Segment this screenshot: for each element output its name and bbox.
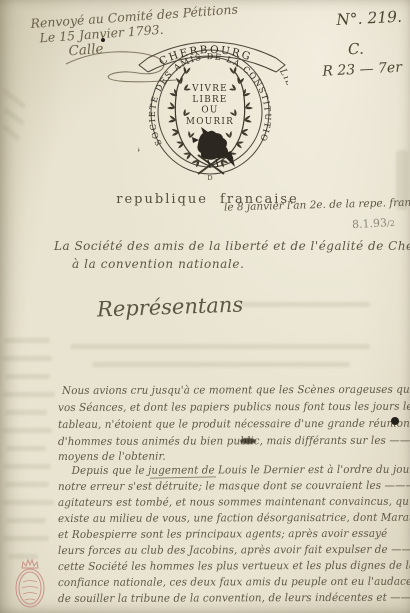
body-line: moyens de l'obtenir.: [58, 450, 166, 463]
body-line: confiance nationale, ces deux faux amis …: [58, 575, 410, 589]
registry-letter: C.: [348, 40, 365, 59]
seal-outer-left-label: de l'égalité: [138, 85, 143, 154]
registry-mark: R 23 — 7er: [308, 60, 403, 81]
address-line-1: La Société des amis de la liberté et de …: [54, 239, 410, 253]
ink-blot: [391, 417, 399, 425]
body-line: cette Société les hommes les plus vertue…: [58, 559, 410, 573]
body-line: Depuis que le jugement de Louis le Derni…: [58, 463, 410, 477]
body-line: tableau, n'étoient que le produit nécess…: [58, 417, 410, 431]
salutation: Représentans: [97, 292, 244, 321]
body-line: Nous avions cru jusqu'à ce moment que le…: [62, 383, 410, 397]
body-line: existe au milieu de vous, une faction dé…: [58, 511, 410, 525]
registry-number: N°. 219.: [310, 8, 403, 31]
document-scan: Renvoyé au Comité des Pétitions Le 15 Ja…: [0, 0, 410, 613]
body-line: vos Séances, et dont les papiers publics…: [58, 400, 410, 414]
ink-smudge: [240, 438, 256, 444]
address-line-2: à la convention nationale.: [72, 257, 245, 271]
society-seal-stamp: CHERBOURG SOCIETE DES AMIS DE LA CONSTIT…: [138, 24, 288, 182]
body-line: agitateurs est tombé, et nous sommes mai…: [58, 495, 410, 509]
collection-stamp-icon: [10, 556, 50, 612]
pencil-date: 8.1.93/2: [352, 216, 395, 231]
seal-base-mark: D: [207, 174, 212, 182]
body-line: d'hommes tous animés du bien public, mai…: [58, 434, 410, 448]
body-line: notre erreur s'est détruite; le masque d…: [58, 479, 410, 493]
svg-text:LIBRE: LIBRE: [192, 95, 227, 105]
body-line: et Robespierre sont les principaux agent…: [58, 527, 387, 541]
pencil-date-value: 8.1.93: [352, 216, 388, 231]
ink-spot: [101, 38, 105, 42]
svg-text:OU: OU: [201, 106, 218, 116]
body-line: de souiller la tribune de la convention,…: [58, 591, 410, 605]
body-line: leurs forces au club des Jacobins, après…: [58, 543, 410, 557]
svg-text:MOURIR: MOURIR: [186, 117, 234, 127]
seal-outer-right-label: Liberté: [277, 66, 288, 111]
seal-motto: VIVRE LIBRE OU MOURIR: [186, 84, 234, 127]
svg-text:VIVRE: VIVRE: [191, 84, 228, 94]
underline-mark: [150, 476, 216, 478]
pencil-date-fraction: /2: [387, 219, 395, 228]
